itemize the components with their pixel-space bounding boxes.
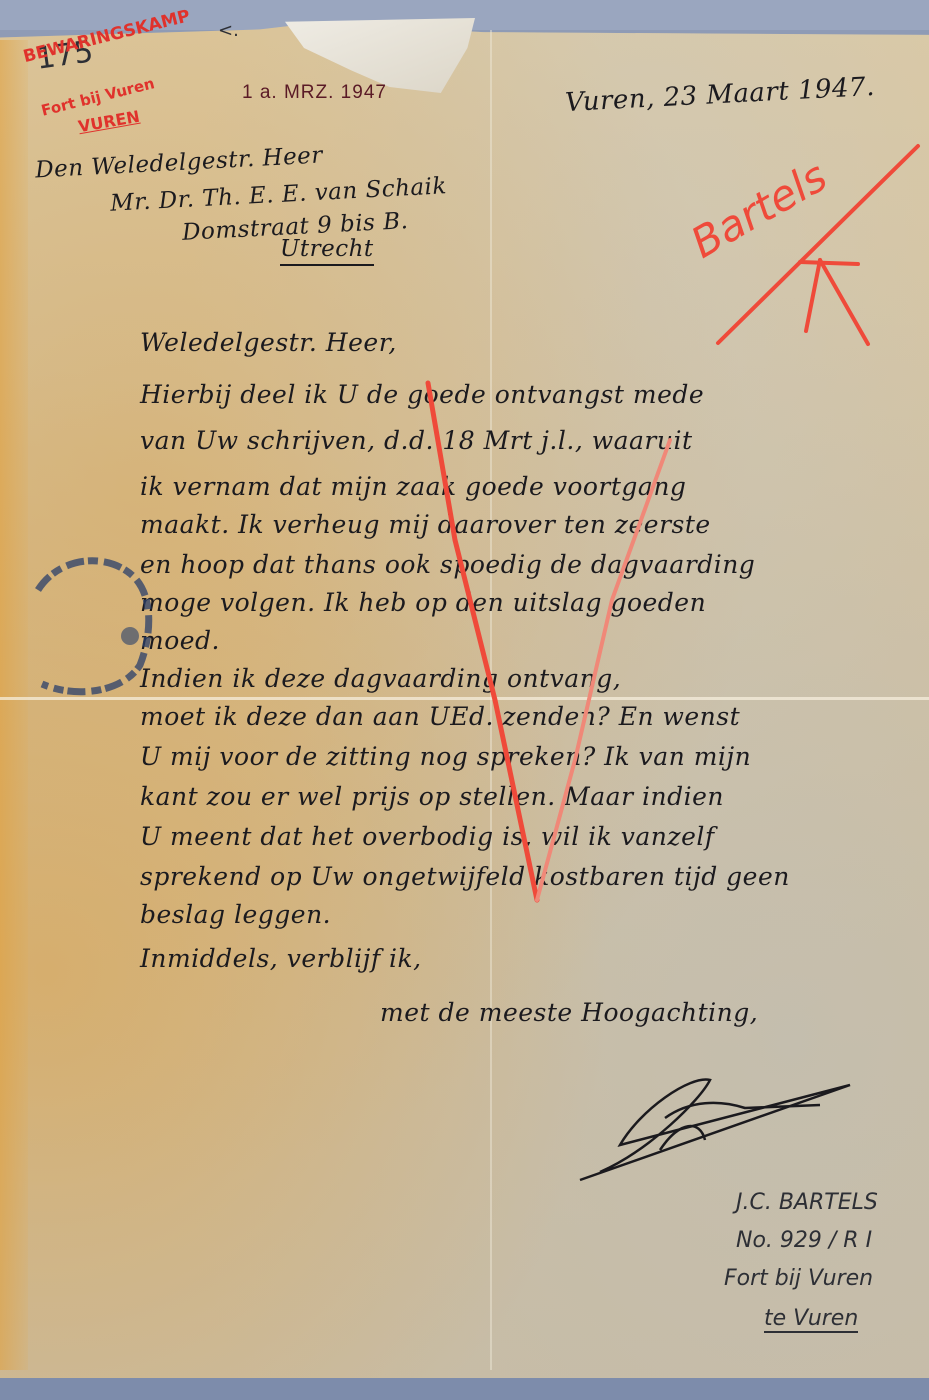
signature-icon [580,1080,850,1180]
red-slash-arrow-icon [718,146,918,344]
red-check-v-icon [428,383,670,900]
marks-overlay [0,0,929,1400]
postmark-icon [38,561,149,692]
